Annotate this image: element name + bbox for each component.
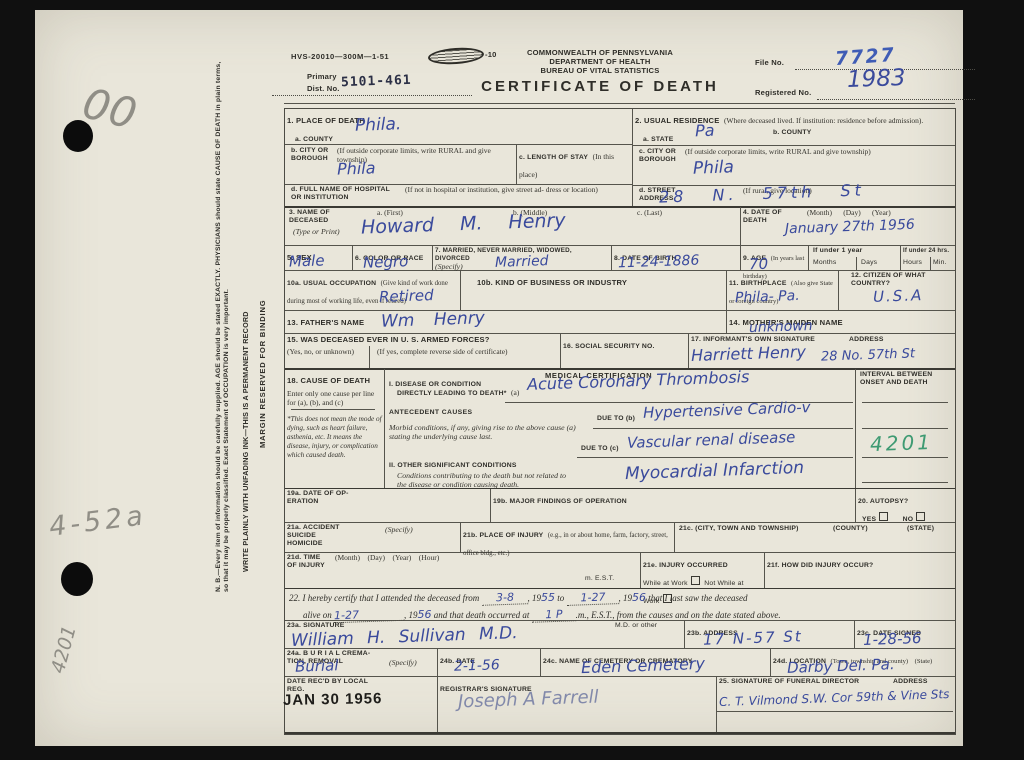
label-4: 4. DATE OF DEATH — [743, 209, 789, 225]
field-3-name: 3. NAME OF DECEASED (Type or Print) a. (… — [285, 207, 741, 246]
note-1d: (If not in hospital or institution, give… — [405, 186, 627, 195]
field-9-age: 9. AGE (In years last birthday) 70 — [741, 246, 809, 271]
line-18c — [577, 457, 853, 458]
field-10b-industry: 10b. KIND OF BUSINESS OR INDUSTRY — [461, 271, 727, 311]
autopsy-yes-checkbox — [879, 512, 888, 521]
field-19b-findings: 19b. MAJOR FINDINGS OF OPERATION — [491, 489, 856, 523]
funeral-director-line — [717, 711, 953, 712]
label-20-yes: YES — [862, 516, 876, 523]
section2-note: (Where deceased lived. If institution: r… — [724, 116, 923, 125]
note-7: (Specify) — [435, 262, 463, 271]
note-morbid: Morbid conditions, if any, giving rise t… — [389, 423, 579, 441]
field-23a-signature: 23a. SIGNATURE M.D. or other William H. … — [285, 621, 685, 649]
value-22-to: 1-27 — [566, 590, 618, 606]
certify-text: and that death occurred at — [434, 610, 530, 620]
value-6-race: Negro — [363, 252, 409, 272]
field-10a-occupation: 10a. USUAL OCCUPATION (Give kind of work… — [285, 271, 461, 311]
field-21b-place-of-injury: 21b. PLACE OF INJURY (e.g., in or about … — [461, 523, 675, 553]
field-24a-burial: 24a. B U R I A L CREMA-TION, REMOVAL (Sp… — [285, 649, 438, 677]
note-18-enter: Enter only one cause per line for (a), (… — [287, 390, 382, 407]
label-3-last: c. (Last) — [637, 209, 662, 218]
divider — [291, 409, 375, 410]
field-21e-injury-occurred: 21e. INJURY OCCURRED While at Work Not W… — [641, 553, 765, 589]
label-13: 13. FATHER'S NAME — [287, 318, 364, 327]
certificate-paper: 00 4-52a 4201 MARGIN RESERVED FOR BINDIN… — [35, 10, 963, 746]
label-16: 16. SOCIAL SECURITY NO. — [563, 343, 655, 350]
field-date-received: DATE REC'D BY LOCAL REG. JAN 30 1956 — [285, 677, 438, 734]
bureau-line: BUREAU OF VITAL STATISTICS — [435, 66, 765, 75]
value-18c: Vascular renal disease — [627, 428, 796, 452]
field-13-father: 13. FATHER'S NAME Wm Henry — [285, 311, 727, 334]
field-23b-address: 23b. ADDRESS 17 N-57 St — [685, 621, 855, 649]
field-14-mother: 14. MOTHER'S MAIDEN NAME unknown — [727, 311, 955, 334]
registered-no-dotted-line — [817, 98, 975, 100]
field-4-date-of-death: 4. DATE OF DEATH (Month) (Day) (Year) Ja… — [741, 207, 955, 246]
label-21c-county: (COUNTY) — [833, 525, 868, 533]
label-18-a: (a) — [511, 389, 519, 398]
field-1c-length-of-stay: c. LENGTH OF STAY (In this place) — [517, 145, 633, 185]
label-23a-md: M.D. or other — [615, 622, 657, 630]
label-21e-while: While at Work — [643, 580, 688, 587]
label-months: Months — [813, 259, 837, 267]
label-21f: 21f. HOW DID INJURY OCCUR? — [767, 562, 873, 569]
field-9-under1: If under 1 year Months Days — [809, 246, 901, 271]
field-18-medical-certification: MEDICAL CERTIFICATION I. DISEASE OR COND… — [385, 369, 856, 489]
label-10b: 10b. KIND OF BUSINESS OR INDUSTRY — [477, 278, 657, 287]
certify-line2: alive on 1-27, 1956 and that death occur… — [303, 608, 951, 622]
margin-nb-text: N. B.—Every item of information should b… — [215, 52, 237, 592]
certificate-title: CERTIFICATE OF DEATH — [435, 77, 765, 97]
label-21c-state: (STATE) — [907, 525, 934, 533]
field-21a-accident: 21a. ACCIDENT SUICIDE HOMICIDE (Specify) — [285, 523, 461, 553]
label-15: 15. WAS DECEASED EVER IN U. S. ARMED FOR… — [287, 335, 557, 344]
value-8-dob: 11-24-1886 — [618, 253, 700, 272]
field-18-cause-left: 18. CAUSE OF DEATH Enter only one cause … — [285, 369, 385, 489]
commonwealth-line: COMMONWEALTH OF PENNSYLVANIA — [435, 48, 765, 57]
note-15-1: (Yes, no, or unknown) — [287, 348, 365, 357]
interval-line-d — [862, 482, 948, 483]
field-9-under24: If under 24 hrs. Hours Min. — [901, 246, 955, 271]
label-2a: a. STATE — [643, 136, 673, 143]
field-12-citizen: 12. CITIZEN OF WHAT COUNTRY? U.S.A — [839, 271, 955, 311]
pencil-note-code: 4201 — [47, 602, 86, 675]
label-25-address: ADDRESS — [893, 678, 928, 686]
divider — [369, 346, 370, 368]
margin-binding-text: MARGIN RESERVED FOR BINDING — [259, 186, 267, 448]
label-21a: 21a. ACCIDENT SUICIDE HOMICIDE — [287, 524, 349, 548]
label-18: 18. CAUSE OF DEATH — [287, 376, 370, 385]
interval-line-b — [862, 428, 948, 429]
field-6-color-race: 6. COLOR OR RACE Negro — [353, 246, 433, 271]
file-no-label: File No. — [755, 58, 784, 67]
label-21b: 21b. PLACE OF INJURY — [463, 532, 543, 539]
label-21d-est: m. E.S.T. — [585, 575, 614, 583]
value-22-year2: 56 — [632, 591, 646, 604]
field-11-birthplace: 11. BIRTHPLACE (Also give State or forei… — [727, 271, 839, 311]
label-due-b: DUE TO (b) — [597, 415, 635, 423]
label-2b: b. COUNTY — [773, 129, 811, 137]
label-1b: b. CITY OR BOROUGH — [291, 147, 333, 163]
field-20-autopsy: 20. AUTOPSY? YES NO — [856, 489, 955, 523]
label-18-ii: II. OTHER SIGNIFICANT CONDITIONS — [389, 462, 517, 470]
label-18-i2: DIRECTLY LEADING TO DEATH* — [397, 390, 507, 398]
certify-text: , 19 — [619, 593, 633, 603]
field-22-certification: 22. I hereby certify that I attended the… — [285, 589, 955, 621]
field-25-funeral-director: 25. SIGNATURE OF FUNERAL DIRECTOR ADDRES… — [717, 677, 955, 734]
certify-text: .m., E.S.T., from the causes and on the … — [576, 610, 781, 620]
note-15-2: (If yes, complete reverse side of certif… — [377, 348, 547, 357]
value-2a-state: Pa — [695, 121, 715, 141]
date-received-stamp: JAN 30 1956 — [283, 690, 383, 709]
registered-number-value: 1983 — [847, 65, 906, 93]
field-21c-injury-location: 21c. (CITY, TOWN AND TOWNSHIP) (COUNTY) … — [675, 523, 955, 553]
label-18-i1: I. DISEASE OR CONDITION — [389, 381, 481, 389]
certify-text: , 19 — [528, 593, 542, 603]
label-20: 20. AUTOPSY? — [858, 498, 908, 505]
value-22-year1: 55 — [541, 591, 555, 604]
section1-title: 1. PLACE OF DEATH — [287, 116, 365, 125]
label-21e: 21e. INJURY OCCURRED — [643, 562, 728, 569]
header-rule — [284, 103, 955, 104]
value-22-from: 3-8 — [481, 590, 527, 606]
certify-text: 22. I hereby certify that I attended the… — [289, 593, 479, 603]
field-24c-cemetery: 24c. NAME OF CEMETERY OR CREMATORY Eden … — [541, 649, 771, 677]
while-at-work-checkbox — [691, 576, 700, 585]
label-interval: INTERVAL BETWEEN ONSET AND DEATH — [860, 371, 948, 387]
certify-text: that I last saw the deceased — [648, 593, 747, 603]
label-under24: If under 24 hrs. — [903, 247, 949, 255]
label-21d: 21d. TIME OF INJURY — [287, 554, 327, 570]
note-24a: (Specify) — [389, 658, 417, 667]
value-24a-burial: Burial — [295, 656, 339, 676]
line-18b — [593, 428, 853, 429]
field-8-date-of-birth: 8. DATE OF BIRTH 11-24-1886 — [612, 246, 741, 271]
value-cause-code: 4201 — [870, 430, 934, 456]
field-registrar-signature: REGISTRAR'S SIGNATURE Joseph A Farrell — [438, 677, 717, 734]
divider — [930, 257, 931, 271]
field-2ab-residence: 2. USUAL RESIDENCE (Where deceased lived… — [633, 109, 955, 146]
field-2d-street: d. STREET ADDRESS (If rural, give locati… — [633, 186, 955, 207]
department-line: DEPARTMENT OF HEALTH — [435, 57, 765, 66]
label-19b: 19b. MAJOR FINDINGS OF OPERATION — [493, 498, 627, 505]
value-2c-city: Phila — [693, 157, 735, 178]
certify-text: alive on — [303, 610, 332, 620]
label-min: Min. — [933, 259, 947, 267]
cols-4: (Month) (Day) (Year) — [807, 209, 891, 218]
label-hours: Hours — [903, 259, 922, 267]
scanned-death-certificate: { "margin": { "binding": "MARGIN RESERVE… — [0, 0, 1024, 760]
cols-21d: (Month) (Day) (Year) (Hour) — [335, 554, 439, 563]
registered-no-label: Registered No. — [755, 88, 811, 97]
label-19a: 19a. DATE OF OP-ERATION — [287, 490, 351, 506]
value-24c-cemetery: Eden Cemetery — [581, 654, 706, 677]
label-days: Days — [861, 259, 877, 267]
field-17-informant: 17. INFORMANT'S OWN SIGNATURE ADDRESS Ha… — [689, 334, 955, 369]
field-15-armed-forces: 15. WAS DECEASED EVER IN U. S. ARMED FOR… — [285, 334, 561, 369]
field-16-ssn: 16. SOCIAL SECURITY NO. — [561, 334, 689, 369]
value-1a-county: Phila. — [355, 114, 402, 136]
field-24b-date: 24b. DATE 2-1-56 — [438, 649, 541, 677]
label-2c: c. CITY OR BOROUGH — [639, 148, 681, 164]
field-1a-county: 1. PLACE OF DEATH a. COUNTY Phila. — [285, 109, 633, 145]
label-1c: c. LENGTH OF STAY — [519, 154, 588, 161]
certify-text: , 19 — [404, 610, 418, 620]
interval-line-c — [862, 457, 948, 458]
value-17-informant: Harriett Henry — [691, 342, 807, 365]
label-due-c: DUE TO (c) — [581, 445, 619, 453]
note-18-asterisk: *This does not mean the mode of dying, s… — [287, 415, 382, 460]
header-center: COMMONWEALTH OF PENNSYLVANIA DEPARTMENT … — [435, 48, 765, 97]
field-18-interval: INTERVAL BETWEEN ONSET AND DEATH 4201 — [856, 369, 955, 489]
value-23c-date: 1-28-56 — [863, 629, 922, 649]
label-10a: 10a. USUAL OCCUPATION — [287, 280, 376, 287]
divider — [856, 257, 857, 271]
label-12: 12. CITIZEN OF WHAT COUNTRY? — [851, 272, 941, 288]
label-25: 25. SIGNATURE OF FUNERAL DIRECTOR — [719, 678, 859, 686]
field-2c-city: c. CITY OR BOROUGH (If outside corporate… — [633, 146, 955, 186]
label-1a: a. COUNTY — [295, 136, 333, 143]
label-11: 11. BIRTHPLACE — [729, 280, 787, 287]
value-5-sex: Male — [289, 251, 325, 270]
label-1d: d. FULL NAME OF HOSPITAL OR INSTITUTION — [291, 186, 401, 202]
value-17-address: 28 No. 57th St — [821, 346, 915, 364]
form-number: HVS-20010—300M—1-51 — [291, 52, 389, 61]
punch-hole-bottom — [61, 562, 93, 596]
label-20-no: NO — [903, 516, 914, 523]
certify-text: to — [557, 593, 564, 603]
field-21f-how: 21f. HOW DID INJURY OCCUR? — [765, 553, 955, 589]
value-22-year3: 56 — [418, 608, 432, 621]
district-number-stamp: 5101-461 — [341, 73, 412, 90]
value-13-father: Wm Henry — [381, 308, 485, 332]
label-antecedent: ANTECEDENT CAUSES — [389, 409, 472, 417]
value-25-funeral-director: C. T. Vilmond S.W. Cor 59th & Vine Sts — [719, 687, 950, 709]
note-21a: (Specify) — [385, 525, 413, 534]
value-10a-occupation: Retired — [379, 286, 434, 306]
certificate-form: 1. PLACE OF DEATH a. COUNTY Phila. b. CI… — [284, 108, 956, 735]
field-1d-hospital: d. FULL NAME OF HOSPITAL OR INSTITUTION … — [285, 185, 633, 207]
value-registrar-signature: Joseph A Farrell — [458, 687, 599, 713]
margin-plainly-text: WRITE PLAINLY WITH UNFADING INK—THIS IS … — [242, 72, 250, 572]
field-5-sex: 5. SEX Male — [285, 246, 353, 271]
value-4-date-of-death: January 27th 1956 — [785, 217, 915, 238]
field-24d-location: 24d. LOCATION (Town, township and county… — [771, 649, 955, 677]
value-11-birthplace: Phila- Pa. — [735, 288, 800, 306]
value-23b-address: 17 N-57 St — [703, 627, 803, 648]
value-12-citizen: U.S.A — [873, 286, 924, 306]
field-1b-city: b. CITY OR BOROUGH (If outside corporate… — [285, 145, 517, 185]
primary-label: Primary — [307, 72, 337, 81]
autopsy-no-checkbox — [916, 512, 925, 521]
note-2c: (If outside corporate limits, write RURA… — [685, 148, 949, 157]
value-7-marital: Married — [495, 253, 549, 271]
rule-bottom — [285, 732, 955, 734]
note-18-ii: Conditions contributing to the death but… — [397, 471, 577, 489]
note-3: (Type or Print) — [293, 227, 340, 236]
certify-line1: 22. I hereby certify that I attended the… — [289, 591, 951, 605]
pencil-note-middle: 4-52a — [47, 500, 148, 543]
label-3: 3. NAME OF DECEASED — [289, 209, 353, 225]
label-under1: If under 1 year — [813, 247, 862, 255]
interval-line-a — [862, 402, 948, 403]
label-17-address: ADDRESS — [849, 336, 884, 344]
value-24b-date: 2-1-56 — [454, 657, 500, 675]
value-1b-city: Phila — [337, 158, 376, 178]
field-19a-operation-date: 19a. DATE OF OP-ERATION — [285, 489, 491, 523]
dist-no-label: Dist. No. — [307, 84, 340, 93]
label-21c: 21c. (CITY, TOWN AND TOWNSHIP) — [679, 525, 799, 533]
field-21d-time-of-injury: 21d. TIME OF INJURY (Month) (Day) (Year)… — [285, 553, 641, 589]
value-18-ii: Myocardial Infarction — [625, 458, 805, 484]
field-23c-date-signed: 23c. DATE SIGNED 1-28-56 — [855, 621, 955, 649]
field-7-marital: 7. MARRIED, NEVER MARRIED, WIDOWED, DIVO… — [433, 246, 612, 271]
value-24d-location: Darby Del. Pa. — [787, 655, 895, 677]
